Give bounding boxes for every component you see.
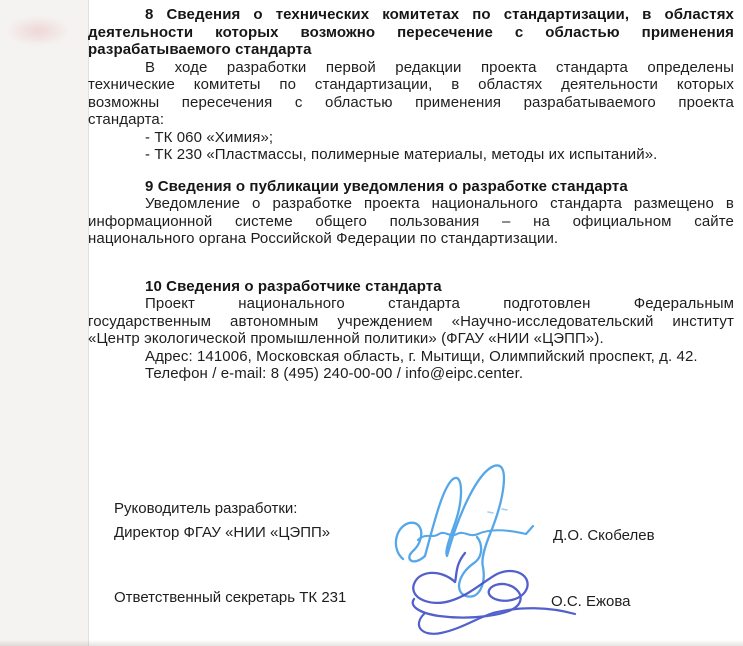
- text-line: возможны пересечения с областью применен…: [88, 94, 734, 112]
- scan-smudge: [6, 16, 70, 46]
- text-line: технические комитеты по стандартизации, …: [88, 76, 734, 94]
- heading-line: деятельности которых возможно пересечени…: [88, 24, 734, 42]
- section-9-notice-publication: 9 Сведения о публикации уведомления о ра…: [88, 178, 734, 248]
- signature-skobelev: [396, 465, 533, 596]
- heading-line: разрабатываемого стандарта: [88, 41, 734, 59]
- heading-line: 8 Сведения о технических комитетах по ст…: [88, 6, 734, 24]
- text-line: «Центр экологической промышленной полити…: [88, 330, 734, 348]
- signatory-title-secretary: Ответственный секретарь ТК 231: [114, 589, 346, 607]
- scan-edge-band: [0, 0, 88, 646]
- text-line: информационной системе общего пользовани…: [88, 213, 734, 231]
- text-line: государственным автономным учреждением «…: [88, 313, 734, 331]
- signature-block-heading: Руководитель разработки:: [114, 500, 297, 518]
- text-line: Проект национального стандарта подготовл…: [88, 295, 734, 313]
- signatory-name-ezhova: О.С. Ежова: [551, 593, 631, 611]
- text-line: национального органа Российской Федераци…: [88, 230, 734, 248]
- scan-bottom-shade: [0, 640, 743, 646]
- text-line: - ТК 060 «Химия»;: [88, 129, 734, 147]
- signatures-overlay: [385, 455, 620, 646]
- section-8-technical-committees: 8 Сведения о технических комитетах по ст…: [88, 6, 734, 164]
- signatory-name-skobelev: Д.О. Скобелев: [553, 527, 655, 545]
- text-line: Телефон / e-mail: 8 (495) 240-00-00 / in…: [88, 365, 734, 383]
- section-10-developer-info: 10 Сведения о разработчике стандартаПрое…: [88, 278, 734, 383]
- document-page: 8 Сведения о технических комитетах по ст…: [0, 0, 743, 646]
- text-line: Адрес: 141006, Московская область, г. Мы…: [88, 348, 734, 366]
- text-line: В ходе разработки первой редакции проект…: [88, 59, 734, 77]
- text-line: Уведомление о разработке проекта национа…: [88, 195, 734, 213]
- heading-line: 10 Сведения о разработчике стандарта: [88, 278, 734, 296]
- text-line: - ТК 230 «Пластмассы, полимерные материа…: [88, 146, 734, 164]
- signatory-title-director: Директор ФГАУ «НИИ «ЦЭПП»: [114, 524, 330, 542]
- document-body: 8 Сведения о технических комитетах по ст…: [88, 6, 734, 383]
- heading-line: 9 Сведения о публикации уведомления о ра…: [88, 178, 734, 196]
- text-line: стандарта:: [88, 111, 734, 129]
